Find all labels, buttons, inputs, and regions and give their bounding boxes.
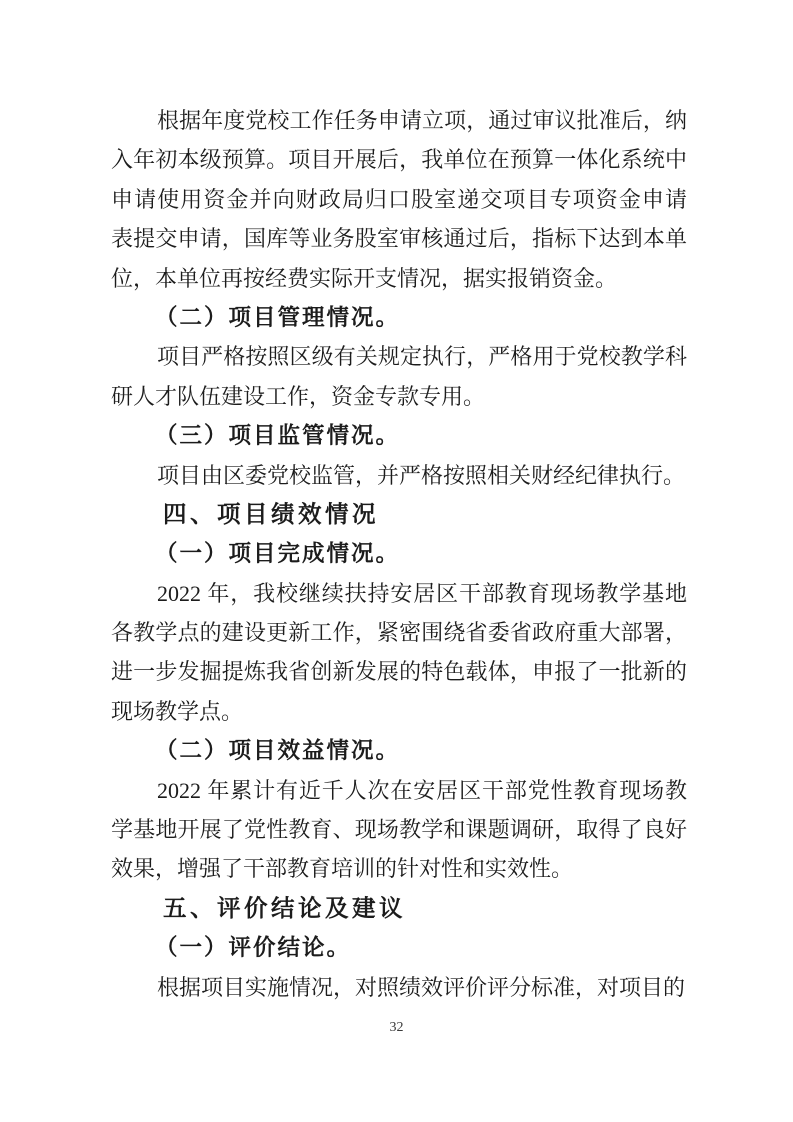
- heading-level-2: （三）项目监管情况。: [111, 416, 687, 455]
- page-number: 32: [0, 1020, 793, 1036]
- text-line: 学基地开展了党性教育、现场教学和课题调研，取得了良好: [111, 810, 687, 849]
- text-line: 2022 年，我校继续扶持安居区干部教育现场教学基地: [111, 574, 687, 613]
- text-line: 申请使用资金并向财政局归口股室递交项目专项资金申请: [111, 180, 687, 219]
- text-line: 效果，增强了干部教育培训的针对性和实效性。: [111, 849, 687, 888]
- body-paragraph: 2022 年，我校继续扶持安居区干部教育现场教学基地各教学点的建设更新工作，紧密…: [111, 574, 687, 732]
- text-line: 项目由区委党校监管，并严格按照相关财经纪律执行。: [111, 456, 687, 495]
- body-paragraph: 根据年度党校工作任务申请立项，通过审议批准后，纳入年初本级预算。项目开展后，我单…: [111, 101, 687, 298]
- text-line: 项目严格按照区级有关规定执行，严格用于党校教学科: [111, 337, 687, 376]
- heading-level-2: （二）项目管理情况。: [111, 298, 687, 337]
- text-line: 表提交申请，国库等业务股室审核通过后，指标下达到本单: [111, 219, 687, 258]
- text-line: 根据项目实施情况，对照绩效评价评分标准，对项目的: [111, 968, 687, 1007]
- text-line: 位，本单位再按经费实际开支情况，据实报销资金。: [111, 259, 687, 298]
- heading-level-2: （二）项目效益情况。: [111, 731, 687, 770]
- text-line: 2022 年累计有近千人次在安居区干部党性教育现场教: [111, 771, 687, 810]
- text-line: 根据年度党校工作任务申请立项，通过审议批准后，纳: [111, 101, 687, 140]
- heading-level-2: （一）评价结论。: [111, 928, 687, 967]
- text-line: 研人才队伍建设工作，资金专款专用。: [111, 377, 687, 416]
- text-line: 进一步发掘提炼我省创新发展的特色载体，申报了一批新的: [111, 652, 687, 691]
- document-content: 根据年度党校工作任务申请立项，通过审议批准后，纳入年初本级预算。项目开展后，我单…: [111, 101, 687, 1007]
- text-line: 入年初本级预算。项目开展后，我单位在预算一体化系统中: [111, 140, 687, 179]
- text-line: 现场教学点。: [111, 692, 687, 731]
- body-paragraph: 根据项目实施情况，对照绩效评价评分标准，对项目的: [111, 968, 687, 1007]
- heading-level-1: 五、评价结论及建议: [111, 889, 687, 928]
- document-page: 根据年度党校工作任务申请立项，通过审议批准后，纳入年初本级预算。项目开展后，我单…: [0, 0, 793, 1122]
- text-line: 各教学点的建设更新工作，紧密围绕省委省政府重大部署，: [111, 613, 687, 652]
- heading-level-2: （一）项目完成情况。: [111, 534, 687, 573]
- body-paragraph: 2022 年累计有近千人次在安居区干部党性教育现场教学基地开展了党性教育、现场教…: [111, 771, 687, 889]
- body-paragraph: 项目严格按照区级有关规定执行，严格用于党校教学科研人才队伍建设工作，资金专款专用…: [111, 337, 687, 416]
- heading-level-1: 四、项目绩效情况: [111, 495, 687, 534]
- body-paragraph: 项目由区委党校监管，并严格按照相关财经纪律执行。: [111, 456, 687, 495]
